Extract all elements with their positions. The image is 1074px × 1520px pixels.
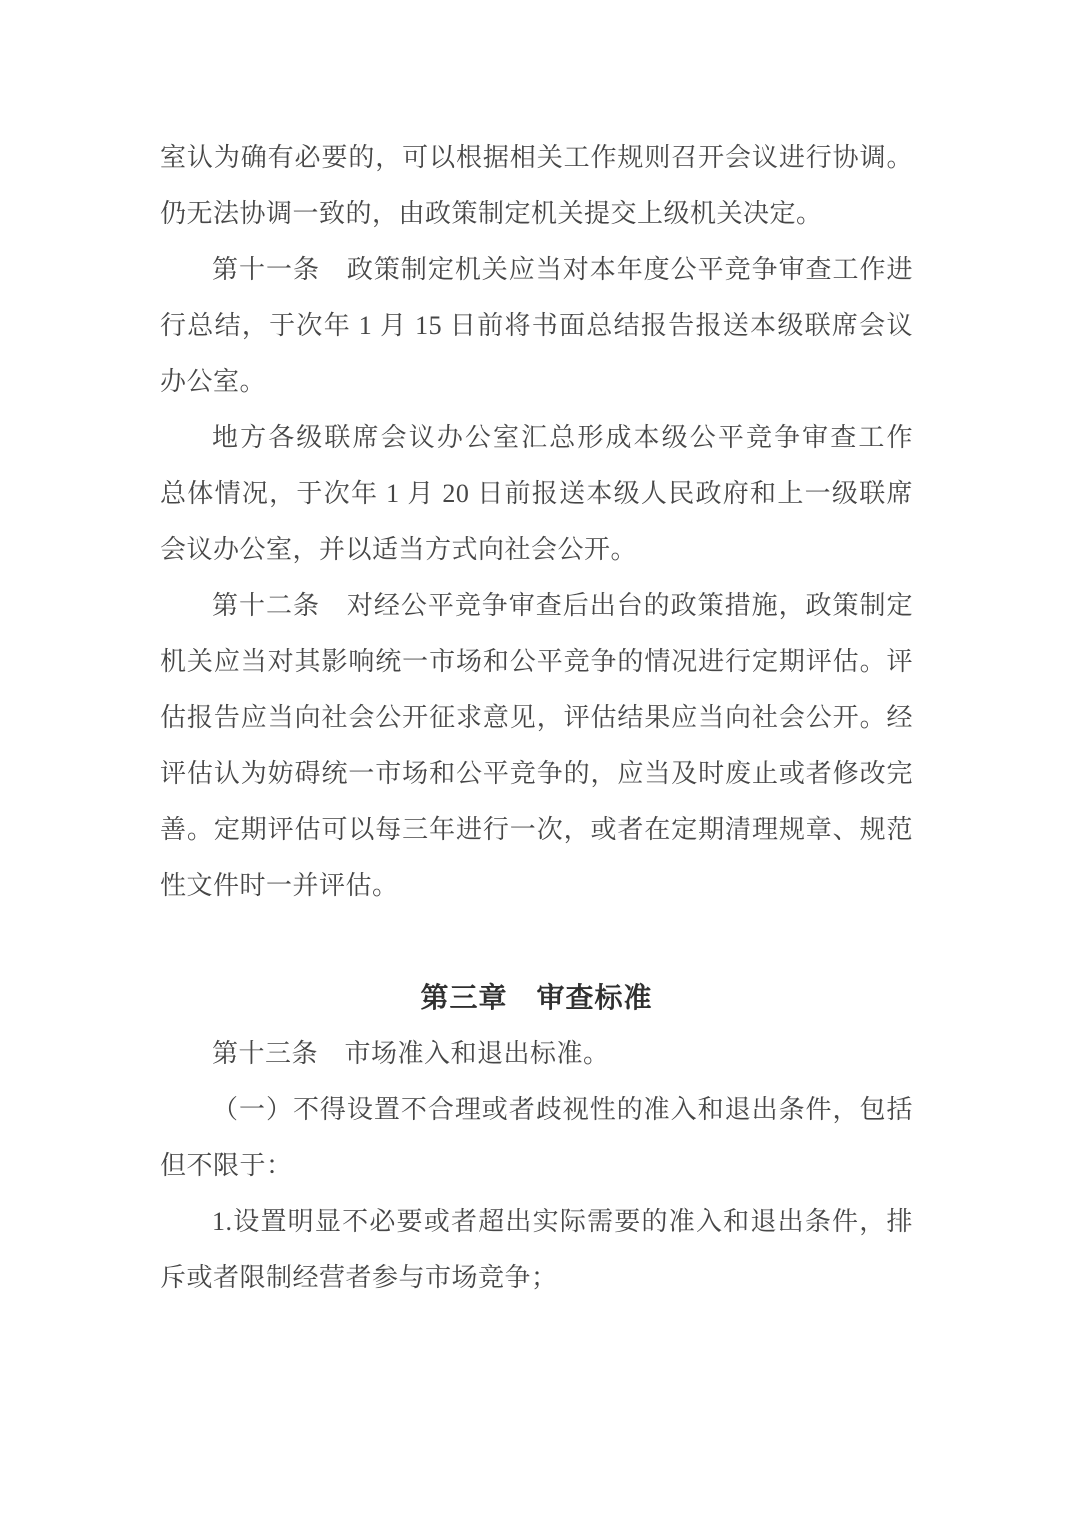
blank-line — [160, 914, 913, 970]
document-page: 室认为确有必要的，可以根据相关工作规则召开会议进行协调。仍无法协调一致的，由政策… — [0, 0, 1074, 1520]
text-line: 办公室。 — [160, 354, 913, 410]
text-line: 会议办公室，并以适当方式向社会公开。 — [160, 522, 913, 578]
text-line: 第十三条 市场准入和退出标准。 — [160, 1026, 913, 1082]
text-line: 斥或者限制经营者参与市场竞争； — [160, 1250, 913, 1306]
document-body: 室认为确有必要的，可以根据相关工作规则召开会议进行协调。仍无法协调一致的，由政策… — [160, 130, 913, 1306]
text-line: 仍无法协调一致的，由政策制定机关提交上级机关决定。 — [160, 186, 913, 242]
text-line: 室认为确有必要的，可以根据相关工作规则召开会议进行协调。 — [160, 130, 913, 186]
text-line: 第十一条 政策制定机关应当对本年度公平竞争审查工作进 — [160, 242, 913, 298]
text-line: 行总结，于次年 1 月 15 日前将书面总结报告报送本级联席会议 — [160, 298, 913, 354]
text-line: 总体情况，于次年 1 月 20 日前报送本级人民政府和上一级联席 — [160, 466, 913, 522]
text-line: 但不限于： — [160, 1138, 913, 1194]
text-line: 第十二条 对经公平竞争审查后出台的政策措施，政策制定 — [160, 578, 913, 634]
chapter-heading: 第三章 审查标准 — [160, 970, 913, 1026]
text-line: 估报告应当向社会公开征求意见，评估结果应当向社会公开。经 — [160, 690, 913, 746]
text-line: 1.设置明显不必要或者超出实际需要的准入和退出条件，排 — [160, 1194, 913, 1250]
text-line: （一）不得设置不合理或者歧视性的准入和退出条件，包括 — [160, 1082, 913, 1138]
text-line: 性文件时一并评估。 — [160, 858, 913, 914]
text-line: 善。定期评估可以每三年进行一次，或者在定期清理规章、规范 — [160, 802, 913, 858]
text-line: 评估认为妨碍统一市场和公平竞争的，应当及时废止或者修改完 — [160, 746, 913, 802]
text-line: 机关应当对其影响统一市场和公平竞争的情况进行定期评估。评 — [160, 634, 913, 690]
text-line: 地方各级联席会议办公室汇总形成本级公平竞争审查工作 — [160, 410, 913, 466]
